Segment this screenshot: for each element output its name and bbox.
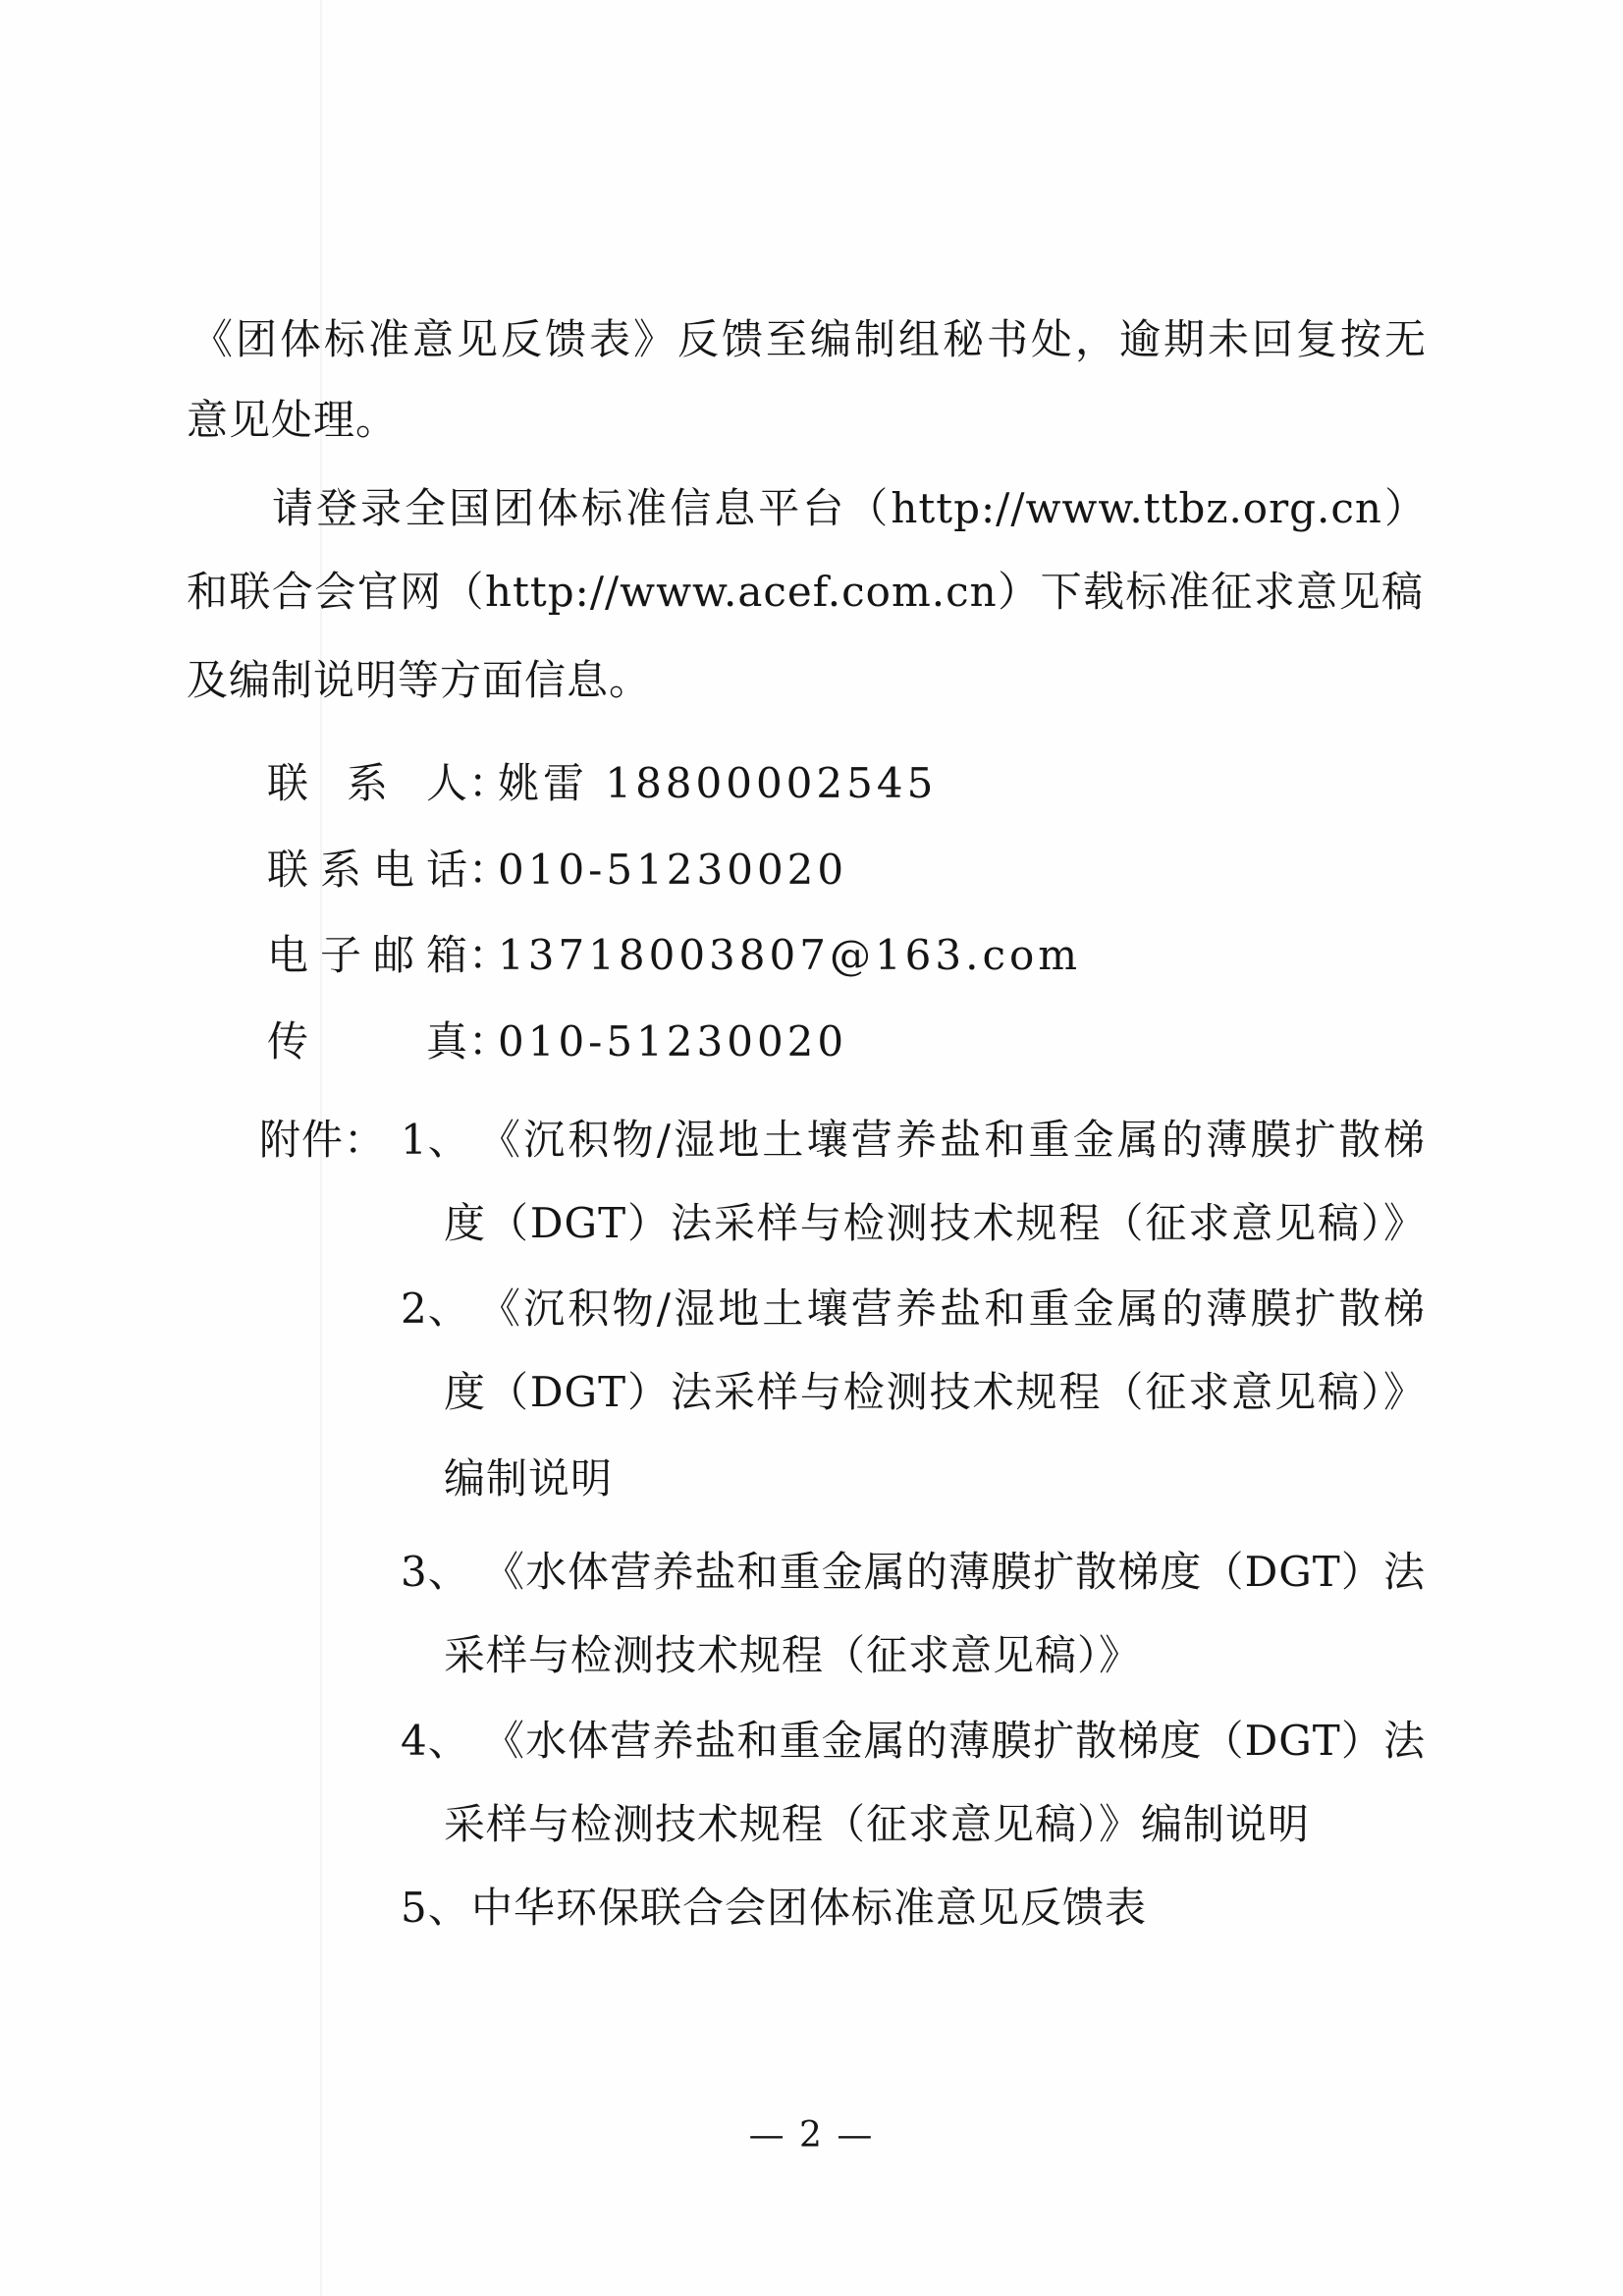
document-page: 《团体标准意见反馈表》反馈至编制组秘书处，逾期未回复按无 意见处理。 请登录全国… [0,0,1623,2296]
attachment-4-line-1: 《水体营养盐和重金属的薄膜扩散梯度（DGT）法 [483,1714,1426,1769]
contact-person-label: 联系人 [267,756,468,811]
contact-phone-row: 联系电话：010-51230020 [267,843,847,898]
paragraph-2-line-2: 和联合会官网（http://www.acef.com.cn）下载标准征求意见稿 [187,565,1424,620]
contact-email-value: 13718003807@163.com [498,931,1081,979]
attachment-2-line-3: 编制说明 [444,1451,613,1506]
attachment-3-number: 3、 [401,1545,470,1600]
contact-email-label: 电子邮箱 [267,928,468,983]
attachment-5-line-1: 中华环保联合会团体标准意见反馈表 [471,1881,1147,1936]
colon: ： [468,843,498,898]
attachment-2-number: 2、 [401,1282,470,1337]
contact-person-value: 姚雷 18800002545 [498,759,937,807]
attachment-4-number: 4、 [401,1714,470,1769]
colon: ： [468,756,498,811]
contact-person-row: 联系人：姚雷 18800002545 [267,756,937,811]
attachment-2-line-2: 度（DGT）法采样与检测技术规程（征求意见稿）》 [444,1365,1426,1420]
paragraph-2-line-1: 请登录全国团体标准信息平台（http://www.ttbz.org.cn） [272,481,1427,536]
attachment-3-line-2: 采样与检测技术规程（征求意见稿）》 [444,1628,1141,1683]
attachment-3-line-1: 《水体营养盐和重金属的薄膜扩散梯度（DGT）法 [483,1545,1426,1600]
paragraph-1-line-1: 《团体标准意见反馈表》反馈至编制组秘书处，逾期未回复按无 [191,312,1427,367]
contact-phone-value: 010-51230020 [498,846,847,894]
attachment-4-line-2: 采样与检测技术规程（征求意见稿）》编制说明 [444,1797,1310,1852]
attachment-1-line-2: 度（DGT）法采样与检测技术规程（征求意见稿）》 [444,1196,1426,1251]
page-number: — 2 — [0,2111,1623,2160]
paragraph-1-line-2: 意见处理。 [187,393,398,448]
contact-email-row: 电子邮箱：13718003807@163.com [267,928,1081,983]
attachment-5-number: 5、 [401,1881,470,1936]
attachment-1-number: 1、 [401,1113,470,1168]
paragraph-2-line-3: 及编制说明等方面信息。 [187,653,651,708]
contact-fax-row: 传真：010-51230020 [267,1014,847,1069]
attachment-1-line-1: 《沉积物/湿地土壤营养盐和重金属的薄膜扩散梯 [479,1113,1426,1168]
colon: ： [468,928,498,983]
attachment-2-line-1: 《沉积物/湿地土壤营养盐和重金属的薄膜扩散梯 [479,1282,1426,1337]
contact-fax-value: 010-51230020 [498,1017,847,1066]
contact-fax-label: 传真 [267,1014,468,1069]
attachments-label: 附件： [259,1113,386,1168]
colon: ： [468,1014,498,1069]
contact-phone-label: 联系电话 [267,843,468,898]
